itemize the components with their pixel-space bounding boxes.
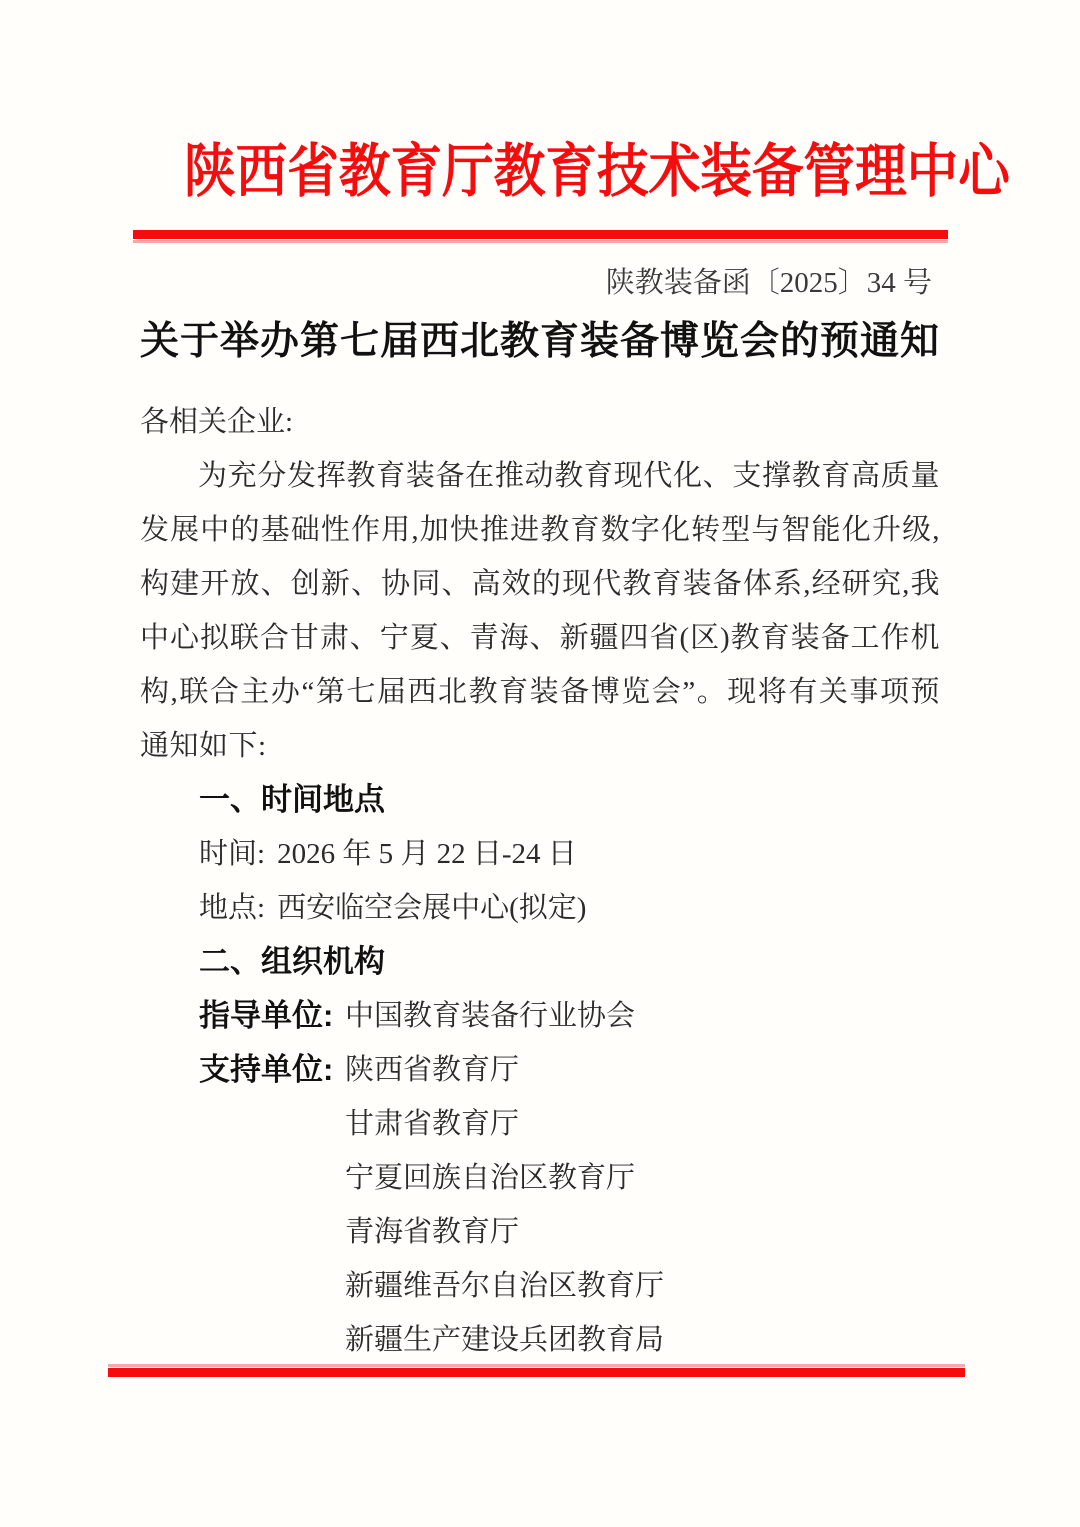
guiding-unit-row: 指导单位: 中国教育装备行业协会 (199, 989, 940, 1043)
section-time-place: 一、时间地点 时间:2026 年 5 月 22 日-24 日 地点:西安临空会展… (140, 773, 940, 1367)
supporting-unit-list: 陕西省教育厅 甘肃省教育厅 宁夏回族自治区教育厅 青海省教育厅 新疆维吾尔自治区… (345, 1043, 664, 1367)
time-value: 2026 年 5 月 22 日-24 日 (277, 838, 577, 870)
supporting-unit-item: 新疆维吾尔自治区教育厅 (345, 1259, 664, 1313)
place-line: 地点:西安临空会展中心(拟定) (199, 881, 940, 935)
supporting-unit-label: 支持单位: (199, 1043, 345, 1097)
time-line: 时间:2026 年 5 月 22 日-24 日 (199, 827, 940, 881)
supporting-unit-item: 甘肃省教育厅 (345, 1097, 664, 1151)
supporting-unit-row: 支持单位: 陕西省教育厅 甘肃省教育厅 宁夏回族自治区教育厅 青海省教育厅 新疆… (199, 1043, 940, 1367)
supporting-unit-item: 新疆生产建设兵团教育局 (345, 1313, 664, 1367)
header-red-rule-thick (133, 230, 948, 239)
document-page: 陕西省教育厅教育技术装备管理中心 陕教装备函〔2025〕34 号 关于举办第七届… (0, 0, 1080, 1527)
supporting-unit-item: 陕西省教育厅 (345, 1043, 664, 1097)
place-value: 西安临空会展中心(拟定) (277, 892, 586, 924)
doc-number: 陕教装备函〔2025〕34 号 (140, 265, 940, 301)
supporting-unit-item: 青海省教育厅 (345, 1205, 664, 1259)
guiding-unit-label: 指导单位: (199, 989, 345, 1043)
section-1-heading: 一、时间地点 (199, 773, 940, 827)
time-label: 时间: (199, 838, 265, 870)
supporting-unit-item: 宁夏回族自治区教育厅 (345, 1151, 664, 1205)
footer-red-rule (108, 1364, 965, 1377)
header-red-rule-thin (133, 240, 948, 243)
letterhead-org-title: 陕西省教育厅教育技术装备管理中心 (184, 136, 896, 208)
place-label: 地点: (199, 892, 265, 924)
header-red-rule (133, 230, 948, 243)
guiding-unit-list: 中国教育装备行业协会 (345, 989, 635, 1043)
salutation: 各相关企业: (140, 395, 940, 449)
section-2-heading: 二、组织机构 (199, 935, 940, 989)
guiding-unit-item: 中国教育装备行业协会 (345, 989, 635, 1043)
doc-title: 关于举办第七届西北教育装备博览会的预通知 (140, 317, 940, 367)
footer-red-rule-thick (108, 1368, 965, 1377)
intro-paragraph: 为充分发挥教育装备在推动教育现代化、支撑教育高质量发展中的基础性作用,加快推进教… (140, 449, 940, 773)
